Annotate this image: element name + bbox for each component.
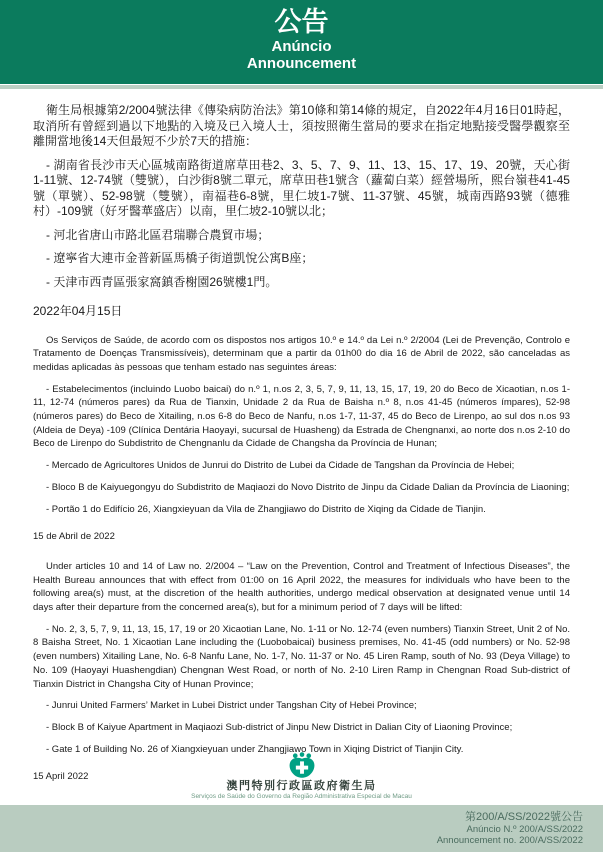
pt-list-item-1: - Estabelecimentos (incluindo Luobo baic… — [33, 383, 570, 452]
section-english: Under articles 10 and 14 of Law no. 2/20… — [33, 560, 570, 784]
section-chinese: 衛生局根據第2/2004號法律《傳染病防治法》第10條和第14條的規定，自202… — [33, 103, 570, 320]
reference-number-en: Announcement no. 200/A/SS/2022 — [0, 835, 583, 846]
zh-list-item-3: - 遼寧省大連市金普新區馬橋子街道凱悅公寓B座； — [33, 251, 570, 267]
reference-number-pt: Anúncio N.º 200/A/SS/2022 — [0, 824, 583, 835]
header-banner: 公告 Anúncio Announcement — [0, 0, 603, 84]
en-list-item-3: - Block B of Kaiyue Apartment in Maqiaoz… — [33, 721, 570, 735]
reference-number-zh: 第200/A/SS/2022號公告 — [0, 811, 583, 824]
pt-list-item-3: - Bloco B de Kaiyuegongyu do Subdistrito… — [33, 481, 570, 495]
page-title-pt: Anúncio — [0, 38, 603, 55]
bureau-name-pt: Serviços de Saúde do Governo da Região A… — [0, 792, 603, 801]
zh-list-item-1: - 湖南省長沙市天心區城南路街道席草田巷2、3、5、7、9、11、13、15、1… — [33, 158, 570, 220]
zh-list-item-4: - 天津市西青區張家窩鎮香榭園26號樓1門。 — [33, 275, 570, 291]
pt-list-item-2: - Mercado de Agricultores Unidos de Junr… — [33, 459, 570, 473]
pt-list-item-4: - Portão 1 do Edifício 26, Xiangxieyuan … — [33, 503, 570, 517]
health-bureau-signature: 澳門特別行政區政府衛生局 Serviços de Saúde do Govern… — [0, 752, 603, 805]
reference-number-band: 第200/A/SS/2022號公告 Anúncio N.º 200/A/SS/2… — [0, 805, 603, 852]
zh-intro-paragraph: 衛生局根據第2/2004號法律《傳染病防治法》第10條和第14條的規定，自202… — [33, 103, 570, 150]
zh-date: 2022年04月15日 — [33, 304, 570, 320]
pt-intro-paragraph: Os Serviços de Saúde, de acordo com os d… — [33, 334, 570, 375]
health-bureau-logo-icon — [287, 752, 317, 779]
pt-date: 15 de Abril de 2022 — [33, 530, 570, 544]
en-intro-paragraph: Under articles 10 and 14 of Law no. 2/20… — [33, 560, 570, 615]
en-list-item-1: - No. 2, 3, 5, 7, 9, 11, 13, 15, 17, 19 … — [33, 623, 570, 692]
document-body: 衛生局根據第2/2004號法律《傳染病防治法》第10條和第14條的規定，自202… — [0, 89, 603, 784]
zh-list-item-2: - 河北省唐山市路北區君瑞聯合農貿市場； — [33, 228, 570, 244]
page-title-en: Announcement — [0, 55, 603, 73]
en-list-item-2: - Junrui United Farmers’ Market in Lubei… — [33, 699, 570, 713]
section-portuguese: Os Serviços de Saúde, de acordo com os d… — [33, 334, 570, 544]
page-title-zh: 公告 — [0, 6, 603, 38]
bureau-name-zh: 澳門特別行政區政府衛生局 — [0, 780, 603, 792]
